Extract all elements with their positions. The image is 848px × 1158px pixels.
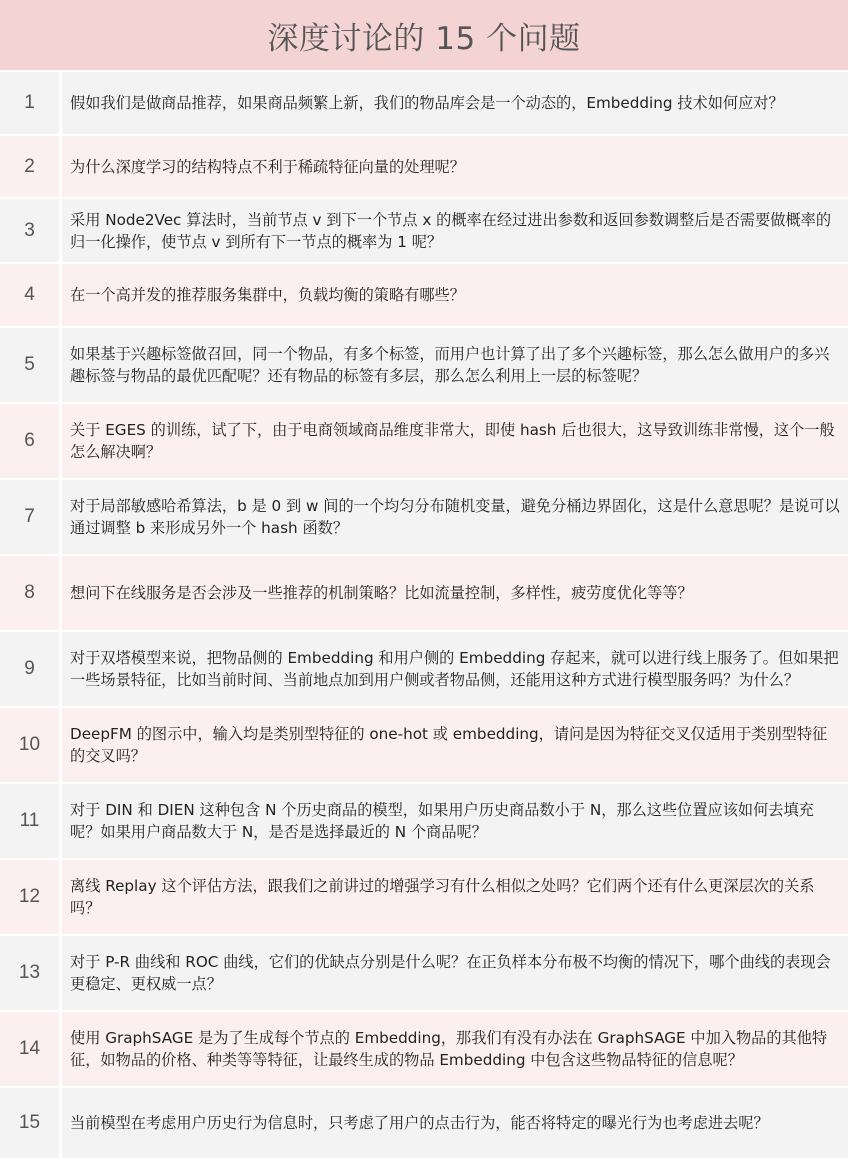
question-text: 对于 P-R 曲线和 ROC 曲线，它们的优缺点分别是什么呢？在正负样本分布极不… xyxy=(62,936,848,1010)
page-header: 深度讨论的 15 个问题 xyxy=(0,0,848,70)
question-text: 对于双塔模型来说，把物品侧的 Embedding 和用户侧的 Embedding… xyxy=(62,632,848,706)
question-text-content: 关于 EGES 的训练，试了下，由于电商领域商品维度非常大，即使 hash 后也… xyxy=(70,419,840,463)
question-number: 3 xyxy=(0,199,59,262)
question-text-content: 对于双塔模型来说，把物品侧的 Embedding 和用户侧的 Embedding… xyxy=(70,647,840,691)
question-text: 关于 EGES 的训练，试了下，由于电商领域商品维度非常大，即使 hash 后也… xyxy=(62,404,848,478)
question-number: 9 xyxy=(0,632,59,706)
question-text: 对于局部敏感哈希算法，b 是 0 到 w 间的一个均匀分布随机变量，避免分桶边界… xyxy=(62,480,848,554)
question-text: 离线 Replay 这个评估方法，跟我们之前讲过的增强学习有什么相似之处吗？它们… xyxy=(62,860,848,934)
question-number: 11 xyxy=(0,784,59,858)
question-row: 14使用 GraphSAGE 是为了生成每个节点的 Embedding，那我们有… xyxy=(0,1012,848,1086)
question-number: 4 xyxy=(0,264,59,326)
question-number: 12 xyxy=(0,860,59,934)
question-row: 3采用 Node2Vec 算法时，当前节点 v 到下一个节点 x 的概率在经过进… xyxy=(0,199,848,262)
question-text: DeepFM 的图示中，输入均是类别型特征的 one-hot 或 embeddi… xyxy=(62,708,848,782)
question-row: 1假如我们是做商品推荐，如果商品频繁上新，我们的物品库会是一个动态的，Embed… xyxy=(0,72,848,134)
question-text: 想问下在线服务是否会涉及一些推荐的机制策略？比如流量控制，多样性，疲劳度优化等等… xyxy=(62,556,848,630)
question-row: 12离线 Replay 这个评估方法，跟我们之前讲过的增强学习有什么相似之处吗？… xyxy=(0,860,848,934)
question-row: 15当前模型在考虑用户历史行为信息时，只考虑了用户的点击行为，能否将特定的曝光行… xyxy=(0,1088,848,1158)
questions-table: 1假如我们是做商品推荐，如果商品频繁上新，我们的物品库会是一个动态的，Embed… xyxy=(0,72,848,1158)
question-number: 1 xyxy=(0,72,59,134)
question-text: 当前模型在考虑用户历史行为信息时，只考虑了用户的点击行为，能否将特定的曝光行为也… xyxy=(62,1088,848,1158)
question-number: 2 xyxy=(0,136,59,197)
question-text: 采用 Node2Vec 算法时，当前节点 v 到下一个节点 x 的概率在经过进出… xyxy=(62,199,848,262)
question-number: 7 xyxy=(0,480,59,554)
questions-page: 深度讨论的 15 个问题 1假如我们是做商品推荐，如果商品频繁上新，我们的物品库… xyxy=(0,0,848,1158)
question-row: 6关于 EGES 的训练，试了下，由于电商领域商品维度非常大，即使 hash 后… xyxy=(0,404,848,478)
question-text: 假如我们是做商品推荐，如果商品频繁上新，我们的物品库会是一个动态的，Embedd… xyxy=(62,72,848,134)
question-text-content: 假如我们是做商品推荐，如果商品频繁上新，我们的物品库会是一个动态的，Embedd… xyxy=(70,92,784,114)
question-number: 5 xyxy=(0,328,59,402)
question-row: 4在一个高并发的推荐服务集群中，负载均衡的策略有哪些？ xyxy=(0,264,848,326)
question-text-content: 离线 Replay 这个评估方法，跟我们之前讲过的增强学习有什么相似之处吗？它们… xyxy=(70,875,840,919)
question-number: 6 xyxy=(0,404,59,478)
question-text: 如果基于兴趣标签做召回，同一个物品，有多个标签，而用户也计算了出了多个兴趣标签，… xyxy=(62,328,848,402)
question-number: 15 xyxy=(0,1088,59,1158)
question-text: 对于 DIN 和 DIEN 这种包含 N 个历史商品的模型，如果用户历史商品数小… xyxy=(62,784,848,858)
question-text-content: 采用 Node2Vec 算法时，当前节点 v 到下一个节点 x 的概率在经过进出… xyxy=(70,209,840,253)
question-row: 10DeepFM 的图示中，输入均是类别型特征的 one-hot 或 embed… xyxy=(0,708,848,782)
question-row: 2为什么深度学习的结构特点不利于稀疏特征向量的处理呢？ xyxy=(0,136,848,197)
question-number: 8 xyxy=(0,556,59,630)
page-title: 深度讨论的 15 个问题 xyxy=(267,13,580,58)
question-text-content: 对于局部敏感哈希算法，b 是 0 到 w 间的一个均匀分布随机变量，避免分桶边界… xyxy=(70,495,840,539)
question-row: 7对于局部敏感哈希算法，b 是 0 到 w 间的一个均匀分布随机变量，避免分桶边… xyxy=(0,480,848,554)
question-text-content: 当前模型在考虑用户历史行为信息时，只考虑了用户的点击行为，能否将特定的曝光行为也… xyxy=(70,1112,769,1134)
question-text-content: DeepFM 的图示中，输入均是类别型特征的 one-hot 或 embeddi… xyxy=(70,723,840,767)
question-text-content: 对于 DIN 和 DIEN 这种包含 N 个历史商品的模型，如果用户历史商品数小… xyxy=(70,799,840,843)
question-text-content: 对于 P-R 曲线和 ROC 曲线，它们的优缺点分别是什么呢？在正负样本分布极不… xyxy=(70,951,840,995)
question-text-content: 如果基于兴趣标签做召回，同一个物品，有多个标签，而用户也计算了出了多个兴趣标签，… xyxy=(70,343,840,387)
question-number: 10 xyxy=(0,708,59,782)
question-text-content: 使用 GraphSAGE 是为了生成每个节点的 Embedding，那我们有没有… xyxy=(70,1027,840,1071)
question-row: 9对于双塔模型来说，把物品侧的 Embedding 和用户侧的 Embeddin… xyxy=(0,632,848,706)
question-text: 使用 GraphSAGE 是为了生成每个节点的 Embedding，那我们有没有… xyxy=(62,1012,848,1086)
question-row: 13对于 P-R 曲线和 ROC 曲线，它们的优缺点分别是什么呢？在正负样本分布… xyxy=(0,936,848,1010)
question-row: 8想问下在线服务是否会涉及一些推荐的机制策略？比如流量控制，多样性，疲劳度优化等… xyxy=(0,556,848,630)
question-text-content: 在一个高并发的推荐服务集群中，负载均衡的策略有哪些？ xyxy=(70,284,465,306)
question-text-content: 为什么深度学习的结构特点不利于稀疏特征向量的处理呢？ xyxy=(70,156,465,178)
question-text: 在一个高并发的推荐服务集群中，负载均衡的策略有哪些？ xyxy=(62,264,848,326)
question-text: 为什么深度学习的结构特点不利于稀疏特征向量的处理呢？ xyxy=(62,136,848,197)
question-number: 13 xyxy=(0,936,59,1010)
question-text-content: 想问下在线服务是否会涉及一些推荐的机制策略？比如流量控制，多样性，疲劳度优化等等… xyxy=(70,582,693,604)
question-number: 14 xyxy=(0,1012,59,1086)
question-row: 5如果基于兴趣标签做召回，同一个物品，有多个标签，而用户也计算了出了多个兴趣标签… xyxy=(0,328,848,402)
question-row: 11对于 DIN 和 DIEN 这种包含 N 个历史商品的模型，如果用户历史商品… xyxy=(0,784,848,858)
